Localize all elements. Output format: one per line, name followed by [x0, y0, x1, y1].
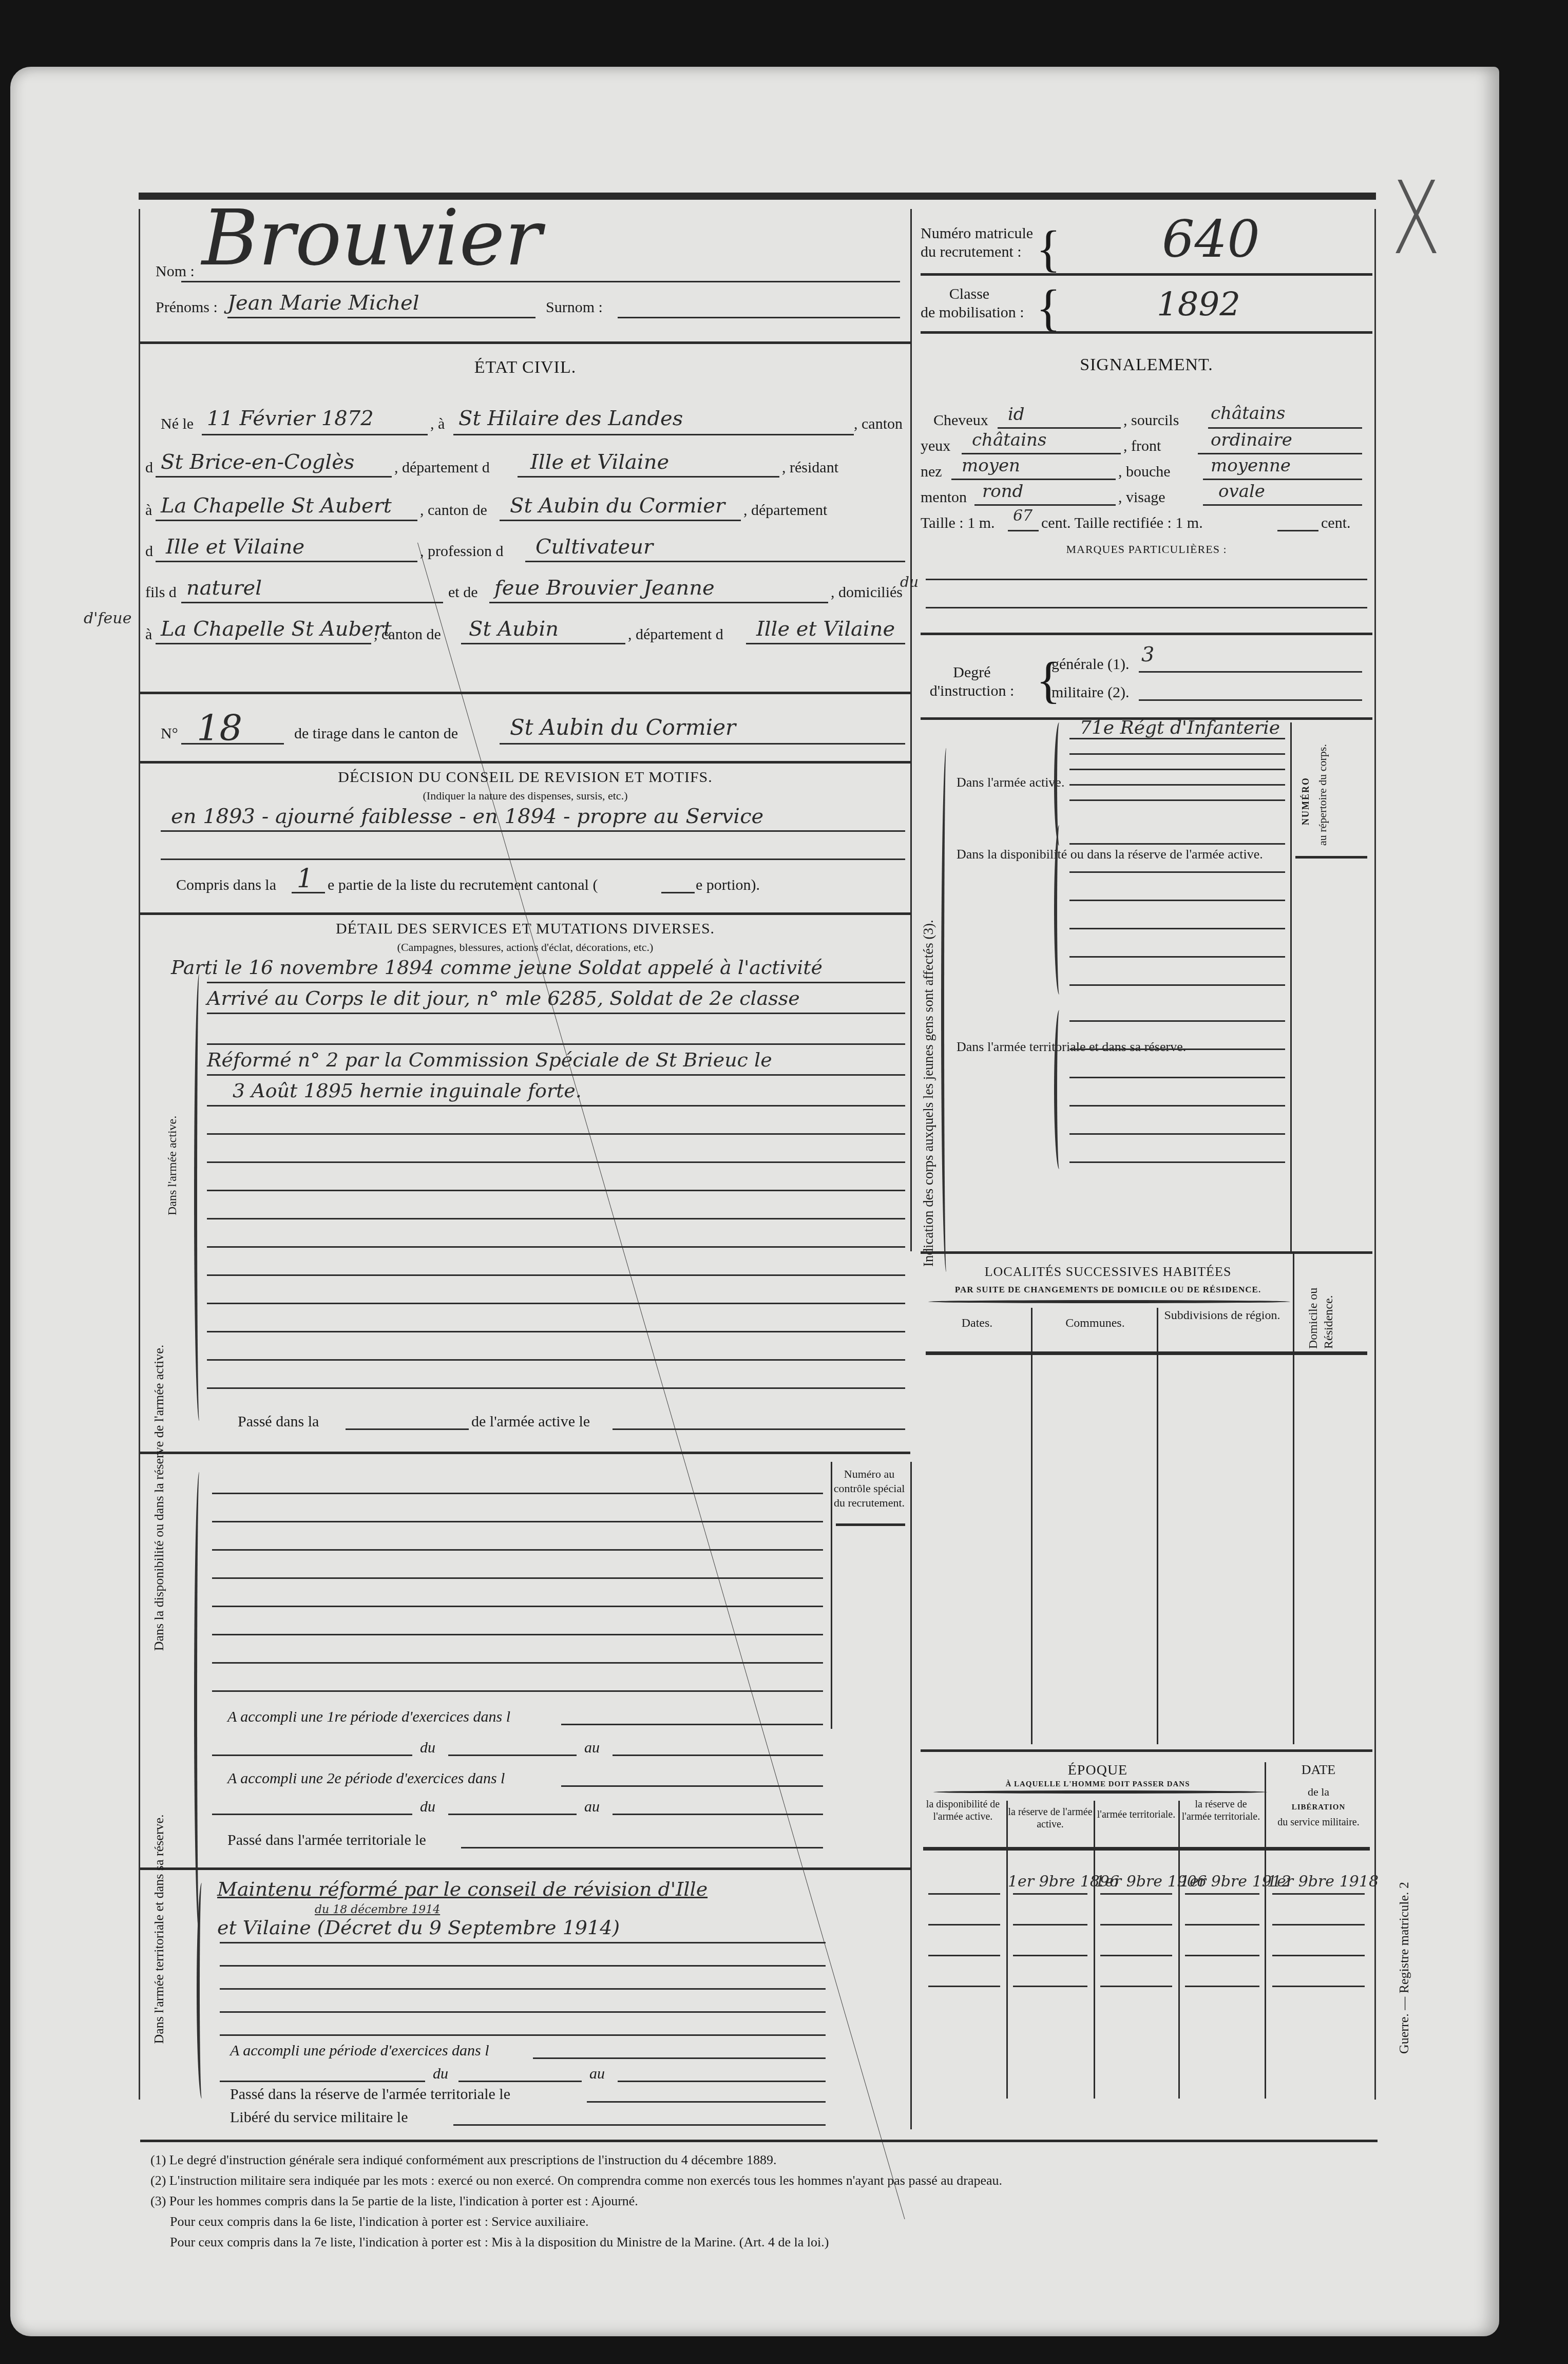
line — [207, 1105, 905, 1107]
line — [1069, 1020, 1285, 1022]
vertical-rule — [1178, 1801, 1180, 2099]
service-line: Parti le 16 novembre 1894 comme jeune So… — [171, 956, 823, 979]
mother: feue Brouvier Jeanne — [494, 576, 715, 600]
classe-label-1: Classe — [921, 285, 1018, 303]
margin-note: d'feue — [84, 609, 131, 627]
brace — [194, 974, 204, 1421]
parents-department: Ille et Vilaine — [756, 617, 895, 641]
line — [1069, 784, 1285, 786]
service-line: Arrivé au Corps le dit jour, n° mle 6285… — [207, 987, 800, 1009]
line — [1272, 1955, 1365, 1956]
line — [661, 892, 695, 893]
territoriale-insert: du 18 décembre 1914 — [315, 1903, 440, 1916]
vertical-rule — [1031, 1308, 1032, 1744]
matricule-label: Numéro matricule du recrutement : — [921, 224, 1018, 261]
line — [489, 602, 828, 603]
line — [1069, 928, 1285, 929]
divider — [140, 692, 910, 694]
line — [448, 1755, 577, 1756]
line — [613, 1428, 905, 1430]
localites-side-column: Domicile ou Résidence. — [1306, 1262, 1336, 1349]
line — [1100, 1955, 1172, 1956]
line — [212, 1690, 823, 1692]
vertical-rule — [1094, 1801, 1095, 2099]
line — [1100, 1893, 1172, 1895]
decision-subtitle: (Indiquer la nature des dispenses, sursi… — [140, 789, 910, 803]
line — [156, 643, 371, 644]
residence-canton: St Aubin du Cormier — [510, 494, 725, 518]
line — [212, 1549, 823, 1551]
corps-active-value: 71e Régt d'Infanterie — [1080, 717, 1280, 738]
line — [1069, 956, 1285, 958]
line — [951, 479, 1116, 480]
line — [220, 2011, 826, 2013]
localites-col-communes: Communes. — [1034, 1316, 1157, 1331]
column-divider-lower — [910, 1462, 912, 2129]
terr-reserve-label: Passé dans la réserve de l'armée territo… — [230, 2086, 510, 2103]
periode1-label: A accompli une 1re période d'exercices d… — [227, 1708, 510, 1726]
footnote-3c: Pour ceux compris dans la 7e liste, l'in… — [170, 2232, 829, 2253]
line — [212, 1521, 823, 1522]
domicilies-note: du — [900, 574, 919, 590]
parents-residence: La Chapelle St Aubert — [161, 617, 392, 641]
line — [928, 1924, 1000, 1925]
line — [618, 2081, 826, 2082]
corps-dispo-label: Dans la disponibilité ou dans la réserve… — [957, 846, 1049, 863]
au-label: au — [584, 1798, 600, 1816]
corps-terr-label: Dans l'armée territoriale et dans sa rés… — [957, 1038, 1049, 1056]
line — [212, 1493, 823, 1494]
line — [207, 1387, 905, 1389]
liberation-value: 1er 9bre 1918 — [1267, 1873, 1379, 1891]
line — [212, 1634, 823, 1635]
departement-label: , département d — [394, 459, 490, 476]
line — [1013, 1955, 1087, 1956]
vertical-rule — [1293, 1254, 1294, 1744]
line — [212, 1662, 823, 1664]
line — [1139, 699, 1362, 701]
line — [156, 561, 417, 562]
header-brace — [928, 1300, 1290, 1303]
line — [533, 2057, 826, 2059]
line — [156, 520, 417, 521]
du-label: du — [420, 1739, 435, 1757]
prenoms-label: Prénoms : — [156, 299, 218, 316]
line — [181, 743, 284, 745]
canton-de-label: , canton de — [374, 626, 441, 643]
services-title: DÉTAIL DES SERVICES ET MUTATIONS DIVERSE… — [140, 920, 910, 938]
liberation-label-4: du service militaire. — [1272, 1816, 1365, 1828]
birth-place: St Hilaire des Landes — [458, 407, 683, 430]
d-label: d — [145, 459, 153, 476]
line — [746, 643, 905, 644]
line — [458, 2081, 582, 2082]
footnote-3: (3) Pour les hommes compris dans la 5e p… — [150, 2191, 638, 2212]
line — [448, 1814, 577, 1815]
a-label: à — [145, 502, 152, 519]
a-label: à — [145, 626, 152, 643]
sourcils-value: châtains — [1211, 403, 1285, 424]
divider — [926, 1351, 1367, 1355]
epoque-col-dispo: la disponibilité de l'armée active. — [921, 1798, 1005, 1823]
vertical-rule — [831, 1462, 832, 1729]
line — [1185, 1986, 1259, 1987]
line — [1139, 671, 1362, 673]
services-subtitle: (Campagnes, blessures, actions d'éclat, … — [140, 941, 910, 954]
line — [1069, 799, 1285, 801]
corps-vertical-label: Indication des corps auxquels les jeunes… — [921, 920, 936, 1267]
line — [1185, 1955, 1259, 1956]
numero-corps-label-1: NUMÉRO — [1301, 777, 1311, 825]
corps-active-label: Dans l'armée active. — [957, 774, 1049, 791]
matricule-label-1: Numéro matricule — [921, 224, 1018, 243]
line — [220, 2034, 826, 2036]
line — [1208, 427, 1362, 429]
service-line: 3 Août 1895 hernie inguinale forte. — [233, 1079, 582, 1102]
vertical-rule — [1265, 1762, 1266, 2099]
a-label: , à — [430, 415, 445, 433]
line — [1277, 530, 1318, 531]
line — [1069, 738, 1285, 739]
decision-title: DÉCISION DU CONSEIL DE REVISION ET MOTIF… — [140, 769, 910, 786]
vertical-rule — [1006, 1801, 1008, 2099]
residence-department: Ille et Vilaine — [166, 535, 304, 559]
line — [962, 453, 1121, 454]
line — [926, 579, 1367, 580]
divider — [140, 1452, 910, 1454]
line — [1013, 1924, 1087, 1925]
profession-label: , profession d — [420, 543, 503, 560]
disponibilite-vertical-label: Dans la disponibilité ou dans la réserve… — [150, 1318, 168, 1677]
line — [587, 2101, 826, 2103]
line — [974, 504, 1116, 506]
portion-label: e portion). — [696, 876, 760, 894]
brace — [1054, 1010, 1064, 1169]
classe-label-2: de mobilisation : — [921, 303, 1018, 322]
terr-periode-label: A accompli une période d'exercices dans … — [230, 2042, 489, 2060]
tirage-label: de tirage dans le canton de — [294, 725, 458, 742]
line — [1008, 530, 1039, 531]
line — [561, 1785, 823, 1787]
instruction-label: Degré d'instruction : — [921, 663, 1023, 700]
line — [928, 1893, 1000, 1895]
passe-label: Passé dans la — [238, 1413, 319, 1431]
cheveux-value: id — [1008, 404, 1025, 425]
epoque-col-reserve-active: la réserve de l'armée active. — [1008, 1806, 1093, 1831]
form-frame: Nom : Brouvier Prénoms : Jean Marie Mich… — [139, 209, 1376, 2100]
line — [1185, 1893, 1259, 1895]
services-vertical-label: Dans l'armée active. — [166, 1116, 180, 1215]
birth-department: Ille et Vilaine — [530, 450, 669, 474]
footnote-2: (2) L'instruction militaire sera indiqué… — [150, 2170, 1002, 2191]
nom-value: Brouvier — [202, 194, 542, 283]
divider — [140, 2140, 1378, 2142]
tirage-no-label: N° — [161, 725, 178, 742]
front-label: , front — [1123, 437, 1161, 455]
line — [1203, 504, 1362, 506]
line — [561, 1724, 823, 1725]
epoque-title: ÉPOQUE — [921, 1762, 1275, 1779]
line — [181, 602, 443, 603]
brace — [941, 748, 951, 1272]
line — [292, 892, 325, 893]
visage-label: , visage — [1118, 489, 1165, 506]
du-label: du — [420, 1798, 435, 1816]
line — [1069, 1077, 1285, 1078]
instruction-generale-value: 3 — [1141, 643, 1154, 666]
line — [1069, 900, 1285, 901]
divider — [140, 912, 910, 915]
divider — [921, 1251, 1372, 1254]
yeux-label: yeux — [921, 437, 950, 455]
line — [518, 476, 779, 478]
line — [1069, 1133, 1285, 1135]
line — [525, 561, 905, 562]
birth-canton: St Brice-en-Coglès — [161, 450, 354, 474]
line — [1272, 1986, 1365, 1987]
divider — [921, 273, 1372, 276]
line — [207, 1246, 905, 1248]
parents-canton: St Aubin — [469, 617, 559, 641]
classe-value: 1892 — [1157, 286, 1240, 324]
divider — [140, 761, 910, 764]
line — [1013, 1893, 1087, 1895]
surnom-line — [618, 317, 900, 318]
residant-label: , résidant — [782, 459, 838, 476]
localites-title: LOCALITÉS SUCCESSIVES HABITÉES — [921, 1264, 1295, 1280]
brace: { — [1036, 219, 1061, 278]
cent-label: cent. Taille rectifiée : 1 m. — [1041, 514, 1203, 532]
visage-value: ovale — [1218, 481, 1265, 502]
marques-label: MARQUES PARTICULIÈRES : — [921, 543, 1372, 556]
bouche-label: , bouche — [1118, 463, 1171, 481]
line — [207, 1133, 905, 1135]
etat-civil-title: ÉTAT CIVIL. — [140, 358, 910, 377]
classe-label: Classe de mobilisation : — [921, 285, 1018, 322]
territoriale-vertical-label: Dans l'armée territoriale et dans sa rés… — [150, 1790, 168, 2068]
line — [1185, 1924, 1259, 1925]
canton-label: , canton — [854, 415, 903, 433]
footnote-1: (1) Le degré d'instruction générale sera… — [150, 2150, 776, 2170]
nez-label: nez — [921, 463, 942, 481]
line — [207, 1074, 905, 1076]
matricule-value: 640 — [1162, 209, 1260, 269]
divider — [836, 1523, 905, 1526]
nez-value: moyen — [962, 455, 1020, 476]
line — [161, 830, 905, 832]
epoque-col-territoriale: l'armée territoriale. — [1095, 1808, 1177, 1821]
numero-controle-label: Numéro au contrôle spécial du recrutemen… — [833, 1467, 905, 1510]
line — [207, 1303, 905, 1304]
ne-le-label: Né le — [161, 415, 194, 433]
brace — [197, 1883, 207, 2099]
line — [220, 1965, 826, 1967]
divider — [921, 331, 1372, 334]
header-brace — [933, 1790, 1267, 1794]
fils-label: fils d — [145, 584, 177, 601]
line — [1069, 871, 1285, 873]
decision-text: en 1893 - ajourné faiblesse - en 1894 - … — [171, 805, 763, 828]
line — [1069, 984, 1285, 986]
line — [928, 1955, 1000, 1956]
au-label: au — [589, 2065, 605, 2083]
brace — [1054, 825, 1064, 995]
line — [1100, 1986, 1172, 1987]
divider — [921, 633, 1372, 635]
domicilies-label: , domiciliés — [831, 584, 903, 601]
cent-label-2: cent. — [1321, 514, 1350, 532]
matricule-label-2: du recrutement : — [921, 243, 1018, 261]
liberation-label-3: LIBÉRATION — [1267, 1803, 1370, 1812]
menton-label: menton — [921, 489, 967, 506]
line — [928, 1986, 1000, 1987]
line — [207, 1013, 905, 1014]
birth-date: 11 Février 1872 — [207, 407, 374, 430]
au-label: au — [584, 1739, 600, 1757]
brace: { — [1036, 278, 1061, 337]
territoriale-text-1: Maintenu réformé par le conseil de révis… — [217, 1878, 707, 1900]
front-value: ordinaire — [1211, 430, 1292, 450]
libere-label: Libéré du service militaire le — [230, 2109, 408, 2126]
line — [1069, 1105, 1285, 1107]
line — [346, 1428, 469, 1430]
localites-subtitle: PAR SUITE DE CHANGEMENTS DE DOMICILE OU … — [921, 1285, 1295, 1295]
profession: Cultivateur — [536, 535, 653, 559]
vertical-rule — [1157, 1308, 1158, 1744]
partie-label: e partie de la liste du recrutement cant… — [328, 876, 598, 894]
nom-line — [181, 281, 900, 282]
line — [220, 1988, 826, 1990]
bouche-value: moyenne — [1211, 455, 1291, 476]
taille-label: Taille : 1 m. — [921, 514, 995, 532]
canton-de-label: , canton de — [420, 502, 487, 519]
instruction-militaire-label: militaire (2). — [1051, 684, 1130, 701]
menton-value: rond — [982, 481, 1023, 502]
line — [998, 427, 1121, 429]
line — [207, 1331, 905, 1332]
liberation-label-2: de la — [1267, 1785, 1370, 1799]
compris-value: 1 — [297, 864, 313, 893]
surnom-label: Surnom : — [546, 299, 603, 316]
signalement-title: SIGNALEMENT. — [921, 355, 1372, 375]
service-line: Réformé n° 2 par la Commission Spéciale … — [207, 1048, 772, 1071]
column-divider — [910, 209, 912, 1251]
divider — [921, 1749, 1372, 1752]
line — [207, 1043, 905, 1045]
instruction-generale-label: générale (1). — [1051, 656, 1130, 673]
divider — [923, 1847, 1370, 1851]
line — [1069, 1161, 1285, 1163]
sourcils-label: , sourcils — [1123, 412, 1179, 429]
side-imprint: Guerre. — Registre matricule. 2 — [1397, 1882, 1412, 2054]
brace — [194, 1472, 204, 1934]
line — [207, 1359, 905, 1361]
line — [613, 1814, 823, 1815]
divider — [1295, 856, 1367, 859]
line — [453, 2124, 826, 2126]
line — [453, 434, 854, 435]
line — [207, 982, 905, 983]
epoque-col-reserve-terr: la réserve de l'armée territoriale. — [1180, 1798, 1262, 1823]
et-de-label: et de — [448, 584, 477, 601]
prenoms-line — [227, 317, 536, 318]
departement-label: , département d — [628, 626, 723, 643]
line — [207, 1161, 905, 1163]
line — [461, 1847, 823, 1848]
nom-label: Nom : — [156, 263, 195, 280]
departement-label: , département — [743, 502, 827, 519]
line — [220, 1942, 826, 1943]
line — [1198, 453, 1362, 454]
liberation-label-1: DATE — [1267, 1762, 1370, 1778]
prenoms-value: Jean Marie Michel — [227, 291, 419, 315]
line — [1069, 753, 1285, 755]
d-label: d — [145, 543, 153, 560]
divider — [140, 341, 910, 344]
instruction-label-2: d'instruction : — [921, 682, 1023, 700]
numero-corps-label-2: au répertoire du corps. — [1316, 744, 1329, 846]
line — [1069, 1048, 1285, 1050]
footnote-3b: Pour ceux compris dans la 6e liste, l'in… — [170, 2212, 589, 2232]
line — [613, 1755, 823, 1756]
passe-label-2: de l'armée active le — [471, 1413, 590, 1431]
line — [202, 434, 428, 435]
line — [212, 1606, 823, 1607]
line — [1013, 1986, 1087, 1987]
line — [500, 743, 905, 745]
yeux-value: châtains — [972, 430, 1046, 450]
line — [1100, 1924, 1172, 1925]
vertical-rule — [1290, 722, 1292, 1251]
line — [500, 520, 741, 521]
line — [212, 1814, 412, 1815]
localites-col-subdivisions: Subdivisions de région. — [1159, 1308, 1285, 1323]
line — [207, 1190, 905, 1191]
du-label: du — [433, 2065, 448, 2083]
line — [1069, 769, 1285, 770]
line — [207, 1274, 905, 1276]
line — [461, 643, 625, 644]
line — [926, 607, 1367, 608]
line — [1272, 1924, 1365, 1925]
tirage-canton: St Aubin du Cormier — [510, 715, 736, 740]
father: naturel — [186, 576, 262, 600]
territoriale-text-2: et Vilaine (Décret du 9 Septembre 1914) — [217, 1916, 620, 1939]
cheveux-label: Cheveux — [933, 412, 988, 429]
line — [212, 1755, 412, 1756]
compris-label: Compris dans la — [176, 876, 276, 894]
matricule-form: Nom : Brouvier Prénoms : Jean Marie Mich… — [139, 193, 1376, 2100]
line — [161, 859, 905, 860]
line — [1203, 479, 1362, 480]
taille-value: 67 — [1013, 507, 1032, 525]
divider — [140, 1867, 910, 1870]
line — [156, 476, 392, 478]
line — [220, 2081, 425, 2082]
localites-col-dates: Dates. — [921, 1316, 1034, 1331]
residence: La Chapelle St Aubert — [161, 494, 392, 518]
passe-terr-label: Passé dans l'armée territoriale le — [227, 1832, 426, 1849]
corner-x-mark: X — [1391, 160, 1441, 277]
line — [1069, 843, 1285, 845]
instruction-label-1: Degré — [921, 663, 1023, 682]
line — [212, 1577, 823, 1579]
periode2-label: A accompli une 2e période d'exercices da… — [227, 1770, 505, 1787]
line — [1272, 1893, 1365, 1895]
line — [207, 1218, 905, 1219]
epoque-subtitle: À LAQUELLE L'HOMME DOIT PASSER DANS — [921, 1780, 1275, 1789]
